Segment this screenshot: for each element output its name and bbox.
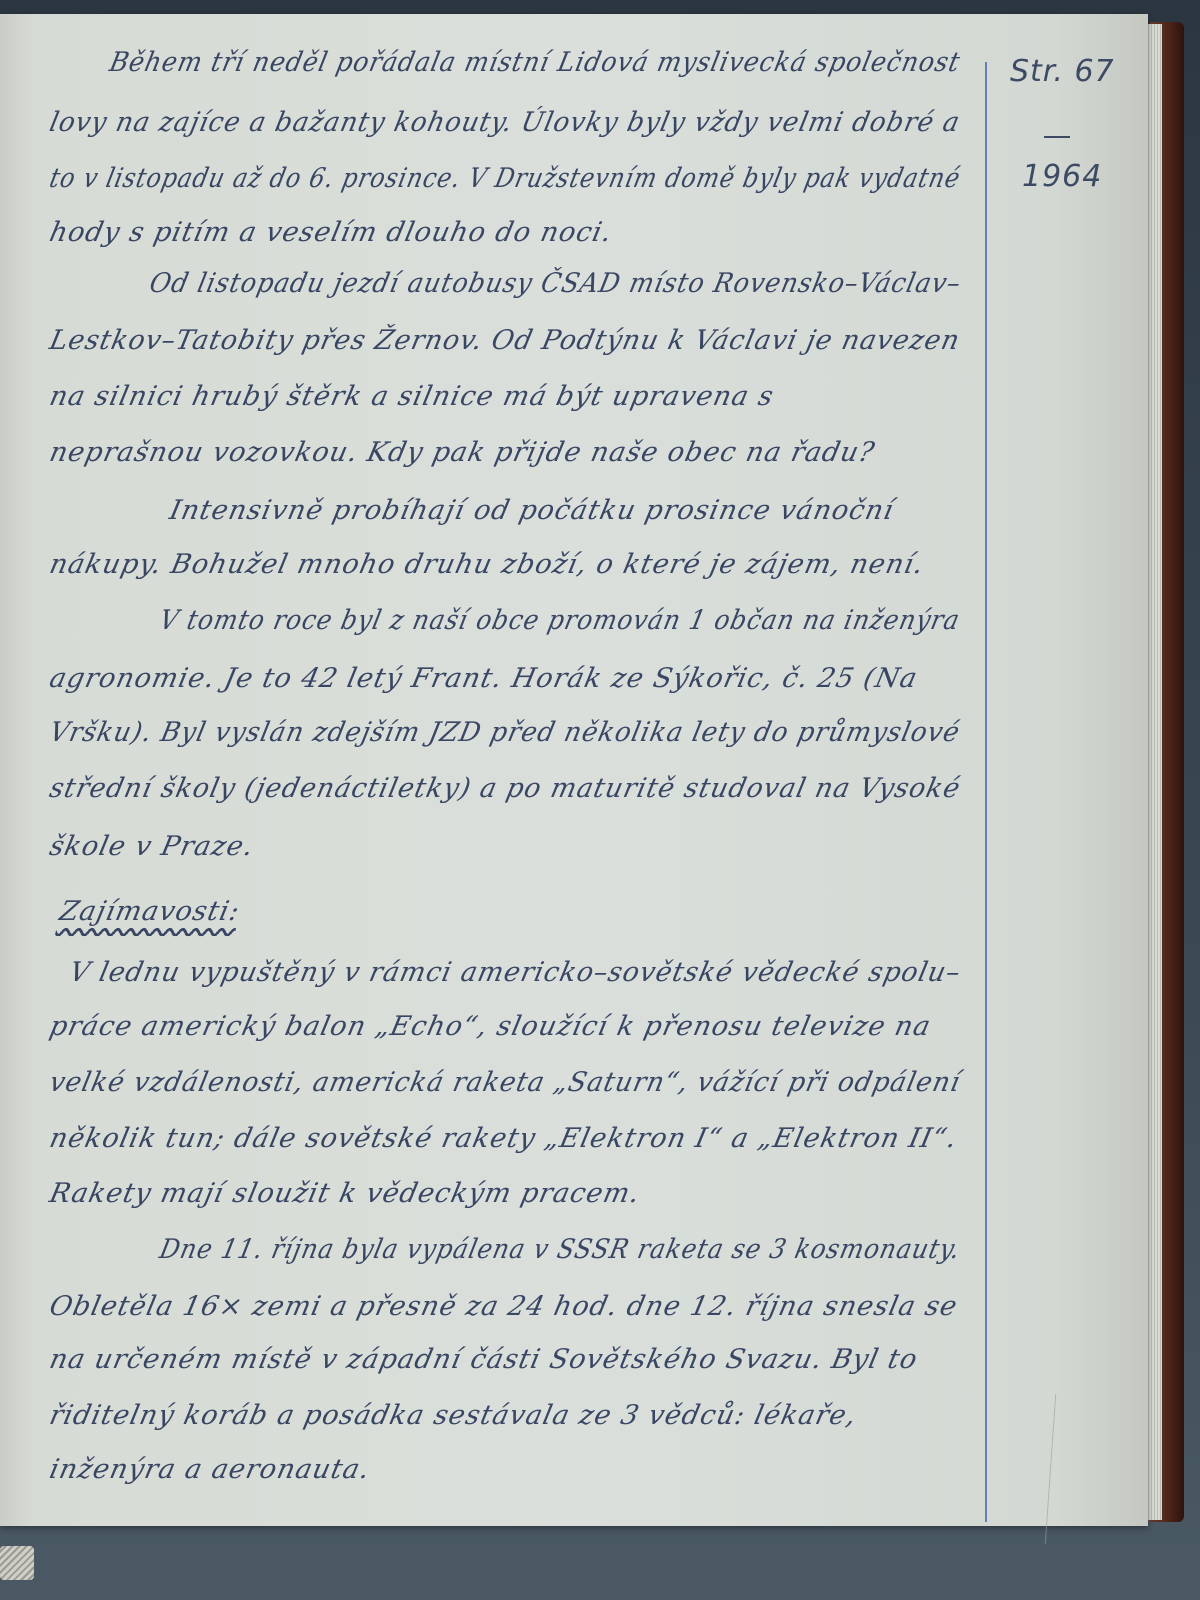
page-number-label: Str. 67: [1010, 54, 1115, 89]
text-line: škole v Praze.: [47, 831, 257, 862]
bookmark-ribbon: [0, 1546, 34, 1580]
text-line: Obletěla 16× zemi a přesně za 24 hod. dn…: [47, 1291, 961, 1322]
text-line: na určeném místě v západní části Sovětsk…: [47, 1344, 921, 1375]
text-line: Rakety mají sloužit k vědeckým pracem.: [47, 1178, 643, 1209]
text-line: V lednu vypuštěný v rámci americko–sovět…: [67, 957, 964, 988]
text-line: řiditelný koráb a posádka sestávala ze 3…: [47, 1400, 860, 1431]
text-line: Vršku). Byl vyslán zdejším JZD před něko…: [47, 717, 963, 748]
year-label: 1964: [1022, 159, 1102, 194]
text-line: V tomto roce byl z naší obce promován 1 …: [157, 605, 963, 636]
text-line: střední školy (jedenáctiletky) a po matu…: [47, 773, 964, 804]
text-line: inženýra a aeronauta.: [47, 1454, 373, 1485]
text-line: Od listopadu jezdí autobusy ČSAD místo R…: [147, 268, 964, 299]
text-line: na silnici hrubý štěrk a silnice má být …: [47, 381, 777, 412]
text-line: Dne 11. října byla vypálena v SSSR raket…: [157, 1234, 964, 1265]
section-heading: Zajímavosti:: [57, 896, 243, 927]
text-line: lovy na zajíce a bažanty kohouty. Úlovky…: [47, 107, 963, 138]
margin-separator: [1044, 136, 1070, 138]
text-line: to v listopadu až do 6. prosince. V Druž…: [47, 163, 964, 194]
text-line: Intensivně probíhají od počátku prosince…: [167, 495, 897, 526]
text-line: práce americký balon „Echo“, sloužící k …: [47, 1011, 934, 1042]
text-line: agronomie. Je to 42 letý Frant. Horák ze…: [47, 663, 921, 694]
chronicle-page: Str. 67 1964 Během tří neděl pořádala mí…: [0, 14, 1148, 1526]
text-line: několik tun; dále sovětské rakety „Elekt…: [47, 1123, 960, 1154]
margin-rule: [985, 62, 987, 1522]
pencil-mark: [1045, 1394, 1056, 1544]
text-line: velké vzdálenosti, americká raketa „Satu…: [47, 1067, 964, 1098]
text-line: nákupy. Bohužel mnoho druhu zboží, o kte…: [47, 549, 927, 580]
text-line: Během tří neděl pořádala místní Lidová m…: [107, 47, 964, 78]
text-line: Lestkov–Tatobity přes Žernov. Od Podtýnu…: [47, 325, 963, 356]
text-line: hody s pitím a veselím dlouho do noci.: [47, 217, 615, 248]
text-line: neprašnou vozovkou. Kdy pak přijde naše …: [47, 437, 878, 468]
